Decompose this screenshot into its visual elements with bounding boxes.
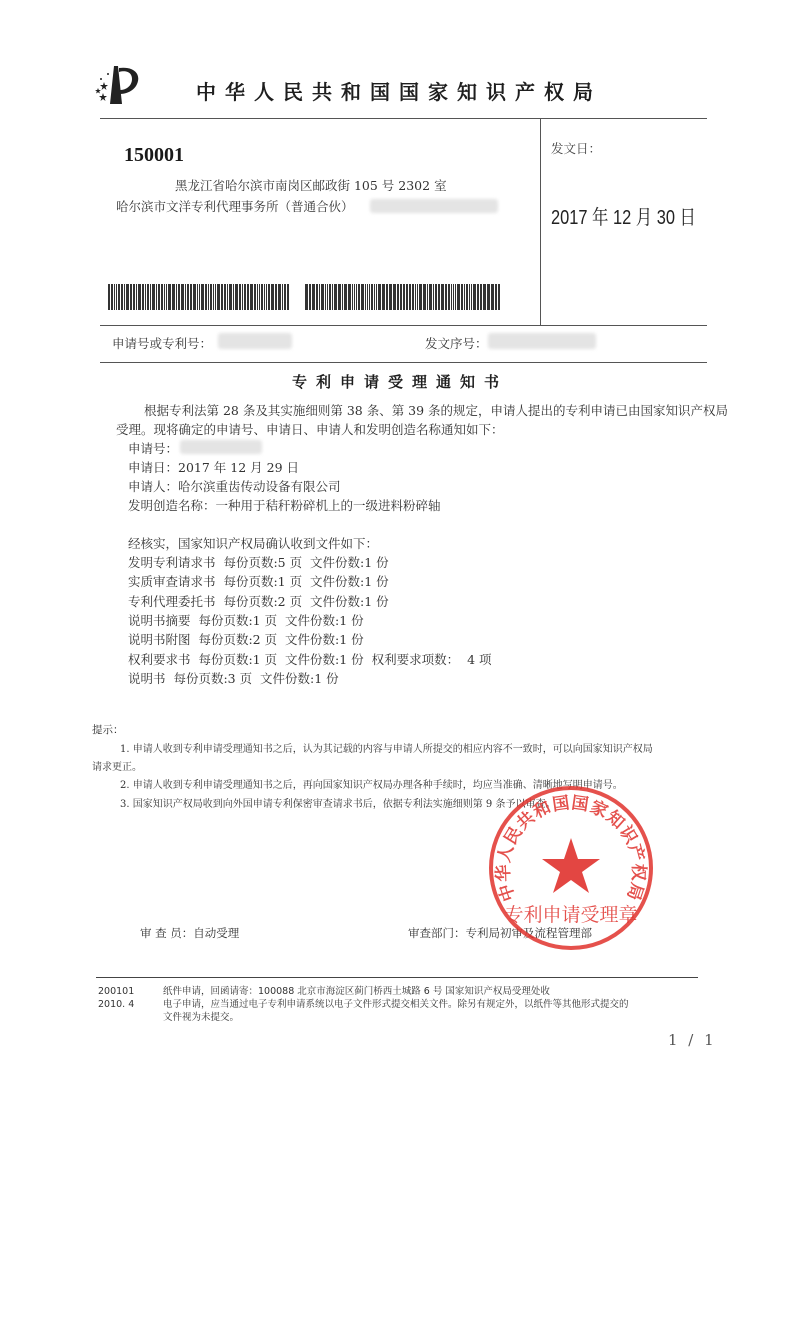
official-seal-icon: 中华人民共和国国家知识产权局 专利申请受理章 [486,783,656,953]
document-row: 发明专利请求书 每份页数:5 页 文件份数:1 份 [128,553,389,571]
postcode: 150001 [124,144,184,167]
document-row: 说明书 每份页数:3 页 文件份数:1 份 [128,669,339,687]
tips-title: 提示： [92,722,124,737]
document-row: 说明书摘要 每份页数:1 页 文件份数:1 份 [128,611,364,629]
redacted-application-number [218,333,292,349]
page-number: 1 / 1 [668,1031,717,1049]
field-label: 申请日： [128,460,178,475]
field-label: 申请号： [128,441,178,456]
svg-text:专利申请受理章: 专利申请受理章 [504,904,637,926]
application-number-label: 申请号或专利号： [112,334,212,352]
cnipa-emblem-icon [92,64,144,106]
recipient-address: 黑龙江省哈尔滨市南岗区邮政街 105 号 2302 室 [175,176,447,194]
tip-1-line-2: 请求更正。 [92,759,712,776]
field-application-number: 申请号： [128,439,178,457]
document-row: 说明书附图 每份页数:2 页 文件份数:1 份 [128,630,364,648]
field-application-date: 申请日：2017 年 12 月 29 日 [128,458,299,476]
footer-code-2: 2010. 4 [98,998,134,1011]
tip-1-line-1: 1. 申请人收到专利申请受理通知书之后，认为其记载的内容与申请人所提交的相应内容… [120,741,740,758]
field-applicant: 申请人：哈尔滨重齿传动设备有限公司 [128,477,341,495]
field-value: 一种用于秸秆粉碎机上的一级进料粉碎轴 [216,498,441,513]
verify-heading: 经核实，国家知识产权局确认收到文件如下： [128,534,378,552]
notice-title: 专利申请受理通知书 [0,371,800,392]
footer-divider [96,977,698,978]
field-label: 申请人： [128,479,178,494]
issue-date-label: 发文日： [551,139,601,157]
issue-date: 2017 年 12 月 30 日 [551,201,696,230]
redacted-field-application-number [180,440,262,454]
serial-number-label: 发文序号： [425,334,488,352]
barcode-1 [108,284,290,310]
field-invention-title: 发明创造名称：一种用于秸秆粉碎机上的一级进料粉碎轴 [128,496,441,514]
document-row: 权利要求书 每份页数:1 页 文件份数:1 份 权利要求项数： 4 项 [128,650,492,668]
barcode-2 [305,284,501,310]
divider-top [100,118,707,119]
divider-bottom [100,362,707,363]
field-label: 发明创造名称： [128,498,216,513]
field-value: 哈尔滨重齿传动设备有限公司 [178,479,341,494]
divider-vertical [540,118,541,326]
footer-line-1: 纸件申请，回函请寄：100088 北京市海淀区蓟门桥西土城路 6 号 国家知识产… [163,985,550,998]
document-row: 实质审查请求书 每份页数:1 页 文件份数:1 份 [128,572,389,590]
footer-line-2: 电子申请，应当通过电子专利申请系统以电子文件形式提交相关文件。除另有规定外，以纸… [163,998,629,1011]
examiner: 审 查 员：自动受理 [140,925,239,941]
intro-line-1: 根据专利法第 28 条及其实施细则第 38 条、第 39 条的规定，申请人提出的… [144,401,728,420]
redacted-serial-number [488,333,596,349]
redacted-agency-suffix [370,199,498,213]
intro-line-2: 受理。现将确定的申请号、申请日、申请人和发明创造名称通知如下： [116,420,504,439]
document-row: 专利代理委托书 每份页数:2 页 文件份数:1 份 [128,592,389,610]
field-value: 2017 年 12 月 29 日 [178,460,299,475]
recipient-agency: 哈尔滨市文洋专利代理事务所（普通合伙） [116,197,354,215]
footer-line-3: 文件视为未提交。 [163,1011,239,1024]
footer-code-1: 200101 [98,985,134,998]
divider-mid [100,325,707,326]
office-title: 中华人民共和国国家知识产权局 [196,76,602,105]
